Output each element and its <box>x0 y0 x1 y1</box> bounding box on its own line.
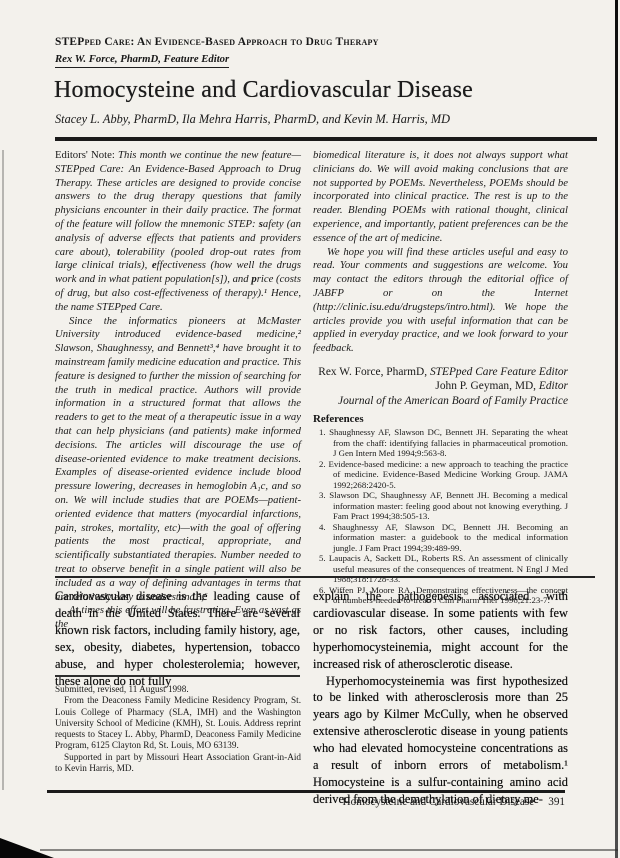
editors-note-label: Editors' Note: <box>55 149 115 161</box>
editors-note-paragraph: biomedical literature is, it does not al… <box>313 149 568 246</box>
editors-note-text: This month we continue the new feature—S… <box>55 149 301 313</box>
editors-note-right-column: biomedical literature is, it does not al… <box>313 149 568 606</box>
signature-block: Rex W. Force, PharmD, STEPped Care Featu… <box>313 365 568 408</box>
authors-line: Stacey L. Abby, PharmD, Ila Mehra Harris… <box>55 112 450 127</box>
body-paragraph: explain the pathogenesis associated with… <box>313 588 568 673</box>
header-rule <box>55 137 597 141</box>
editors-note-left-column: Editors' Note: This month we continue th… <box>55 149 301 632</box>
references-list: 1. Shaughnessy AF, Slawson DC, Bennett J… <box>313 427 568 606</box>
editors-note-paragraph: Since the informatics pioneers at McMast… <box>55 315 301 605</box>
feature-banner: STEPped Care: An Evidence-Based Approach… <box>55 36 379 48</box>
footnote-paragraph: Submitted, revised, 11 August 1998. <box>55 684 301 695</box>
reference-number: 1. <box>319 427 326 437</box>
reference-number: 2. <box>319 459 326 469</box>
journal-page: STEPped Care: An Evidence-Based Approach… <box>0 0 620 858</box>
bottom-scan-line-artifact <box>40 849 618 851</box>
reference-number: 4. <box>319 522 326 532</box>
reference-item: 4. Shaughnessy AF, Slawson DC, Bennett J… <box>319 522 568 554</box>
footnote-paragraph: Supported in part by Missouri Heart Asso… <box>55 752 301 775</box>
reference-text: Shaughnessy AF, Slawson DC, Bennett JH. … <box>333 522 568 553</box>
signature-line: Rex W. Force, PharmD, STEPped Care Featu… <box>313 365 568 379</box>
footnote-rule <box>55 675 300 677</box>
article-title: Homocysteine and Cardiovascular Disease <box>54 77 473 104</box>
signature-line: Journal of the American Board of Family … <box>313 394 568 408</box>
editors-note-paragraph: Editors' Note: This month we continue th… <box>55 149 301 315</box>
left-edge-scan-artifact <box>2 150 4 790</box>
article-right-column: explain the pathogenesis associated with… <box>313 588 568 808</box>
feature-editor-line: Rex W. Force, PharmD, Feature Editor <box>55 53 229 68</box>
reference-text: Evidence-based medicine: a new approach … <box>329 459 569 490</box>
reference-number: 3. <box>319 490 326 500</box>
reference-item: 5. Laupacis A, Sackett DL, Roberts RS. A… <box>319 553 568 585</box>
reference-number: 5. <box>319 553 326 563</box>
reference-text: Laupacis A, Sackett DL, Roberts RS. An a… <box>329 553 568 584</box>
page-number: 391 <box>548 796 565 808</box>
footer-rule <box>47 790 565 793</box>
references-heading: References <box>313 413 568 425</box>
footer-article-title: Homocysteine and Cardiovascular Disease <box>343 796 535 808</box>
bottom-left-corner-mark-artifact <box>0 838 54 858</box>
signature-line: John P. Geyman, MD, Editor <box>313 379 568 393</box>
footnote-block: Submitted, revised, 11 August 1998. From… <box>55 684 301 774</box>
reference-text: Shaughnessy AF, Slawson DC, Bennett JH. … <box>329 427 568 458</box>
reference-item: 3. Slawson DC, Shaughnessy AF, Bennett J… <box>319 490 568 522</box>
reference-text: Slawson DC, Shaughnessy AF, Bennett JH. … <box>329 490 568 521</box>
editors-note-paragraph: We hope you will find these articles use… <box>313 246 568 356</box>
page-footer: Homocysteine and Cardiovascular Disease3… <box>55 796 565 808</box>
footnote-paragraph: From the Deaconess Family Medicine Resid… <box>55 695 301 751</box>
section-divider-rule <box>55 576 595 578</box>
reference-item: 1. Shaughnessy AF, Slawson DC, Bennett J… <box>319 427 568 459</box>
body-paragraph: Hyperhomocysteinemia was first hypothesi… <box>313 673 568 808</box>
right-edge-scan-artifact <box>615 0 618 858</box>
reference-item: 2. Evidence-based medicine: a new approa… <box>319 459 568 491</box>
